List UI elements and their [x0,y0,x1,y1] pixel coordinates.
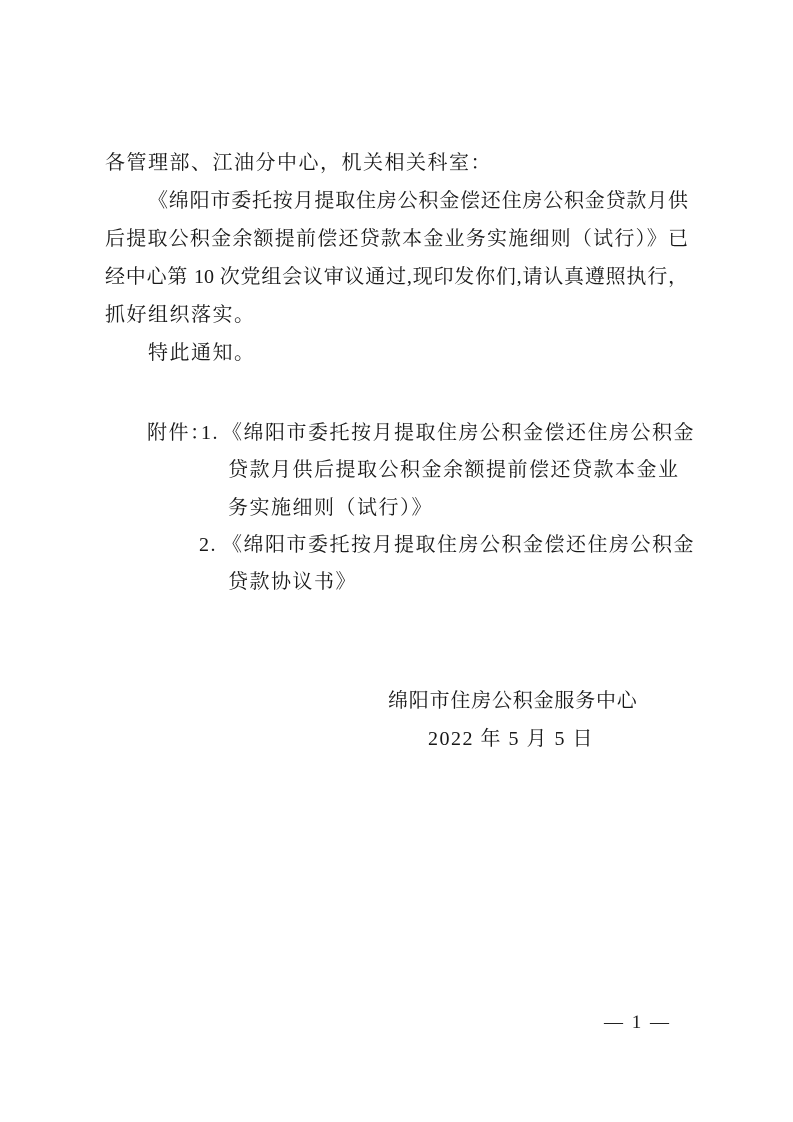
attachment-1-line-1: 《绵阳市委托按月提取住房公积金偿还住房公积金 [222,418,695,448]
salutation-line: 各管理部、江油分中心，机关相关科室： [105,148,492,178]
attachment-2-line-1: 《绵阳市委托按月提取住房公积金偿还住房公积金 [222,530,695,560]
body-line-4: 抓好组织落实。 [105,300,256,330]
attachment-2-number: 2. [199,530,217,560]
body-line-2: 后提取公积金余额提前偿还贷款本金业务实施细则（试行）》已 [105,224,688,254]
attachment-1-line-2: 贷款月供后提取公积金余额提前偿还贷款本金业 [228,455,680,485]
body-line-3: 经中心第 10 次党组会议审议通过,现印发你们,请认真遵照执行， [105,262,688,292]
document-page: 各管理部、江油分中心，机关相关科室： 《绵阳市委托按月提取住房公积金偿还住房公积… [0,0,793,1122]
attachment-2-line-2: 贷款协议书》 [228,567,357,597]
issuer-signature: 绵阳市住房公积金服务中心 [388,686,638,716]
attachment-1-line-3: 务实施细则（试行）》 [228,493,433,523]
page-number: — 1 — [604,1008,671,1038]
body-line-1: 《绵阳市委托按月提取住房公积金偿还住房公积金贷款月供 [105,186,688,216]
issue-date: 2022 年 5 月 5 日 [428,724,594,754]
closing-line: 特此通知。 [148,338,256,368]
attachment-1-number: 1. [201,418,219,448]
